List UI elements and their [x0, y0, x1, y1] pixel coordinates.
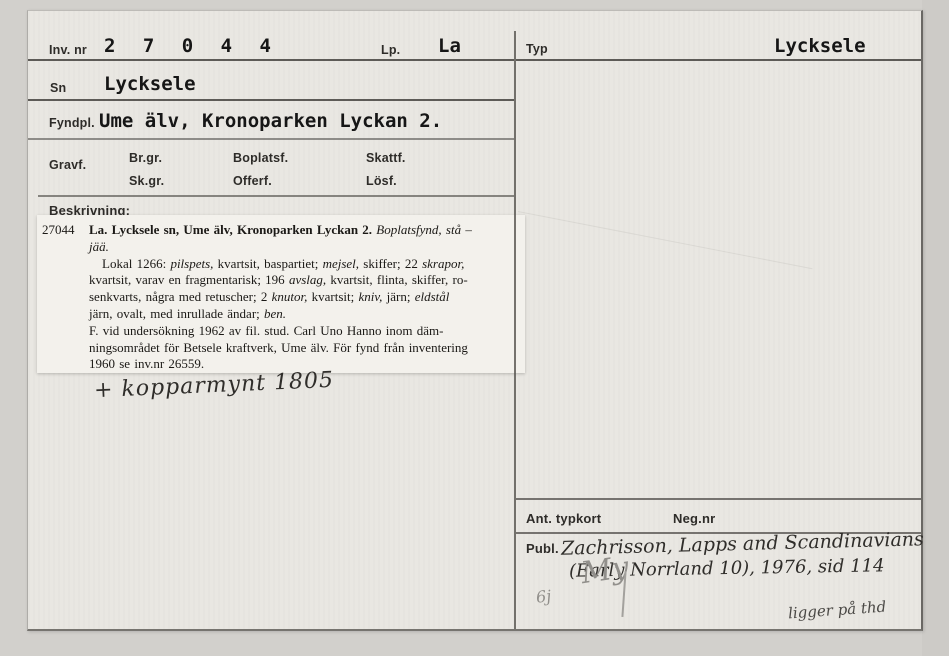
gravf-label: Gravf. [49, 158, 86, 172]
rule-under-fyndpl [28, 138, 514, 140]
brgr-label: Br.gr. [129, 151, 162, 165]
ant-typkort-label: Ant. typkort [526, 511, 601, 526]
panel-divider [514, 31, 516, 629]
fyndpl-value: Ume älv, Kronoparken Lyckan 2. [99, 110, 442, 132]
sn-label: Sn [50, 81, 66, 95]
typ-value: Lycksele [774, 35, 866, 57]
rule-under-sn [28, 99, 514, 101]
skattf-label: Skattf. [366, 151, 406, 165]
lp-label: Lp. [381, 43, 400, 57]
archive-card: Inv. nr 2 7 0 4 4 Lp. La Sn Lycksele Fyn… [27, 10, 923, 631]
rule-under-gravf [38, 195, 514, 197]
inv-nr-label: Inv. nr [49, 43, 87, 57]
offerf-label: Offerf. [233, 174, 272, 188]
inv-nr-value: 2 7 0 4 4 [104, 35, 279, 57]
boplatsf-label: Boplatsf. [233, 151, 288, 165]
publ-label: Publ. [526, 541, 559, 556]
losf-label: Lösf. [366, 174, 397, 188]
scan-background-strip [922, 0, 949, 656]
skgr-label: Sk.gr. [129, 174, 164, 188]
pencil-mark: 6j [535, 586, 552, 606]
description-number: 27044 [42, 222, 75, 238]
negnr-label: Neg.nr [673, 511, 715, 526]
corner-note: ligger på thd [787, 598, 886, 623]
typ-label: Typ [526, 42, 548, 56]
scan-crease [518, 211, 813, 269]
sn-value: Lycksele [104, 73, 196, 95]
description-slip: 27044 La. Lycksele sn, Ume älv, Kronopar… [37, 215, 525, 373]
rule-under-invnr [28, 59, 514, 61]
rule-under-typ [516, 59, 921, 61]
lp-value: La [438, 35, 461, 57]
description-text: La. Lycksele sn, Ume älv, Kronoparken Ly… [89, 222, 517, 373]
fyndpl-label: Fyndpl. [49, 116, 95, 130]
rule-above-ant-typkort [516, 498, 921, 500]
